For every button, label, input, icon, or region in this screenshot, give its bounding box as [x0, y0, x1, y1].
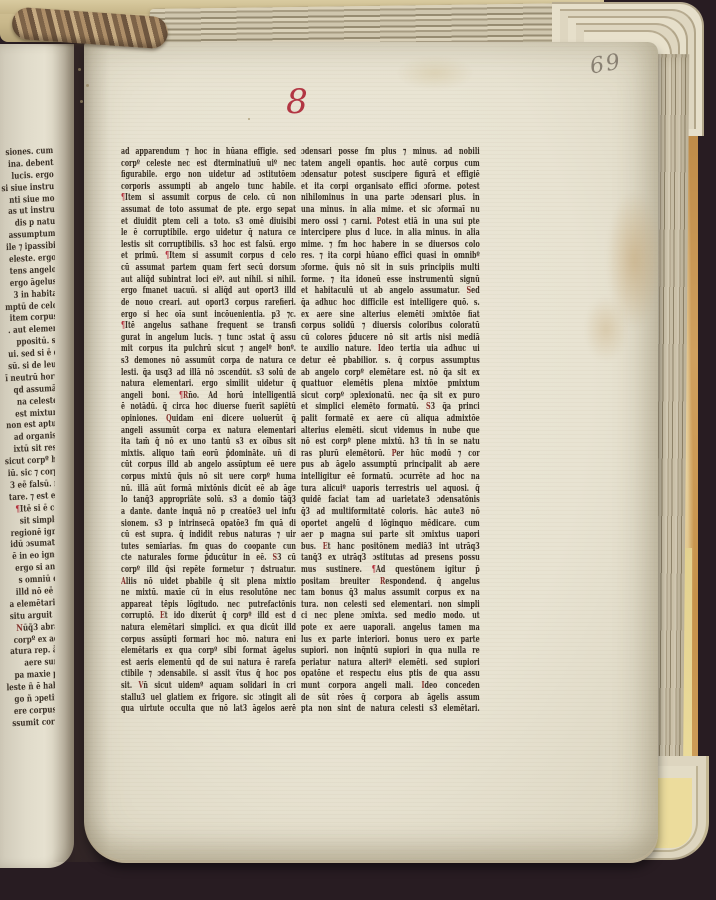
text-line: q̃a adhuc hoc difficile est intelligere … [301, 298, 480, 310]
rubricated-initial: P [392, 449, 397, 459]
text-line: et diuidit ptem celi a toto. s3 omē diui… [121, 217, 296, 229]
text-line: munt corpora angeli mali. Ideo conceden [301, 681, 480, 693]
pilcrow-rubric: ¶ [15, 504, 20, 514]
text-line: elemētaris ex qua corpº sibi format āgel… [121, 646, 296, 658]
text-line: nihilominus in una parte ɔdensari plus. … [301, 193, 480, 205]
rubricated-initial: S [426, 402, 431, 412]
text-line: corpº celeste nec est d̄terminatiuū uiº … [121, 159, 296, 171]
text-line: supiori. non inq̃ntū supiori in qua null… [301, 646, 480, 658]
text-line: qua uirtute occulta que nō lat3 āgelos a… [121, 704, 296, 716]
text-line: tutes semīarias. f̄m quas d̄o coopante c… [121, 542, 296, 554]
text-line: stallu3 uel glatiem ex frigore. sic ɔtin… [121, 693, 296, 705]
text-line: et primū. ¶Item si assumit corpus d̄ cel… [121, 251, 296, 263]
text-line: q̃3 ad multiformitatē coloris. hāc aute3… [301, 507, 480, 519]
text-line: ergo si hec oīa sunt incōuenientia. p3 ⁊… [121, 310, 296, 322]
text-line: ¶Item si assumit corpus de celo. cū non [121, 193, 296, 205]
text-line: cte naturales forme p̄ducūtur in eē. S3 … [121, 553, 296, 565]
text-line: ē notādū. q̃ circa hoc diuerse fuerīt sa… [121, 402, 296, 414]
text-line: ci nec plene ɔmixta. sed medio modo. ut [301, 611, 480, 623]
text-line: tura alicuiº uaporis terrestris uel aquo… [301, 484, 480, 496]
text-line: angeli assumūt corpa ex natura elementar… [121, 426, 296, 438]
text-line: intelligitur eē formatū. ɔcurrēte ad hoc… [301, 472, 480, 484]
text-line: opatōne et respectu eius ptis de qua ass… [301, 669, 480, 681]
text-line: palit̄ formatē ex aere cū aliqua admixtō… [301, 414, 480, 426]
text-line: una minus. in alia mime. et sic ɔformaī … [301, 205, 480, 217]
text-line: tura. non celesti sed elementari. non si… [301, 600, 480, 612]
text-line: ɔdensari posse f̄m plus ⁊ minus. ad nobi… [301, 147, 480, 159]
text-line: le ē corruptibile. ergo uidetur q̃ natur… [121, 228, 296, 240]
text-line: mus sustinere. ¶Ad questōnem igitur p̄ [301, 565, 480, 577]
text-line: mero ossi ⁊ carni. Potest etiā in una su… [301, 217, 480, 229]
text-line: sit. Vn̄ sicut uidemº aquam solidari in … [121, 681, 296, 693]
text-line: quidē faciat tam ad uarietate3 ɔdensatōn… [301, 495, 480, 507]
text-line: natura elementari. ergo similit̄ uidetur… [121, 379, 296, 391]
text-line: lestis sit corruptibilis. s3 hoc est fal… [121, 240, 296, 252]
text-line: a dante. dante inquā nō p creatōe3 uel i… [121, 507, 296, 519]
rubricated-initial: E [160, 611, 165, 621]
text-line: ex aere sine alterius elemēti ɔmixtōe fi… [301, 310, 480, 322]
book-photograph: 8 69 ad apparendum ⁊ hoc in hūana effigi… [0, 0, 716, 900]
text-line: tanq̃3 ex utrāq3 ɔstitutas ad presens po… [301, 553, 480, 565]
rubricated-initial: R [183, 391, 188, 401]
text-line: corpus mixtū q̃uis nō sit uere corpº hum… [121, 472, 296, 484]
text-line: mixtis. aliquo tam̄ eorū p̄domināte. un̄… [121, 449, 296, 461]
text-line: aer p magna sui parte sit ɔmixtus uapori [301, 530, 480, 542]
text-line: nō est corpº plene mixtū. h3 tn̄ in se n… [301, 437, 480, 449]
text-line: corpus assūpti formari hoc mō. natura en… [121, 635, 296, 647]
text-line: quattuor elemētis plena mixtōe pmixtum [301, 379, 480, 391]
rubricated-initial: N [16, 623, 23, 633]
rubricated-initial: A [121, 577, 126, 587]
text-line: ɔdensatur potest suscipere figurā et eff… [301, 170, 480, 182]
ink-speck [86, 84, 89, 87]
text-line: cū est supra. q̃ indidit rebus naturas ⁊… [121, 530, 296, 542]
text-line: lus ex parte interiori. bonus uero ex pa… [301, 635, 480, 647]
text-line: tam bonus q̃3 malus assumit corpus ex na [301, 588, 480, 600]
text-line: ctibile ⁊ ɔdensabile. si assit v̄tus q̃ … [121, 669, 296, 681]
text-line: Aliis nō uidet̄ pbabile q̃ sit plena mix… [121, 577, 296, 589]
text-line: cūt corpus illd̄ ab angelo assūptum eē u… [121, 460, 296, 472]
text-line: et habitaculū ut ab angelo assumatur. Se… [301, 286, 480, 298]
text-line: assumat de toto assumat de pte. ergo sep… [121, 205, 296, 217]
pilcrow-rubric: ¶ [165, 251, 169, 261]
text-line: ssumit corpus [0, 716, 55, 733]
text-line: ¶Itē angelus sathane frequent̄ se transf… [121, 321, 296, 333]
text-line: periatur natura alteriº elemēti. sed sup… [301, 658, 480, 670]
text-column-left: ad apparendum ⁊ hoc in hūana effigie. se… [121, 147, 297, 725]
ink-speck [80, 100, 83, 103]
rubricated-initial: I [421, 681, 424, 691]
text-line: de nouo creari. aut oport3 corpus rarefi… [121, 298, 296, 310]
text-line: natura elemētari simplici. ex qua dicūt … [121, 623, 296, 635]
text-line: ab angelo corpº elemētare est. nō q̃a si… [301, 368, 480, 380]
text-line: aut aliq̃d subintrat loci eiº. aut nihil… [121, 275, 296, 287]
text-line: te auxilio nature. Ideo tertia uia adhuc… [301, 344, 480, 356]
rubricated-initial: E [323, 542, 328, 552]
text-line: sionem. s3 p intrinsecā opatōe3 f̄m quā … [121, 519, 296, 531]
facing-page-fragment-lines: siones. cumina. debentlucis. ergosi siue… [0, 146, 55, 734]
text-line: de sūt rōes q̃ corpora ab āgelis assum [301, 693, 480, 705]
text-line: est aeris elementū qd̄ de sui natura ē r… [121, 658, 296, 670]
text-column-right: ɔdensari posse f̄m plus ⁊ minus. ad nobi… [301, 147, 483, 725]
rubricated-initial: R [380, 577, 385, 587]
text-line: pta non sint de natura celesti s3 elemēt… [301, 704, 480, 716]
text-line: et ita corpi organisato effici ɔforme. p… [301, 182, 480, 194]
rubricated-initial: P [377, 217, 382, 227]
text-line: ergo f̄manet uacuū. si aliq̃d aut oport3… [121, 286, 296, 298]
text-line: sicut corpº ɔplexionatū. nec q̃a sit ex … [301, 391, 480, 403]
chapter-number: 8 [279, 84, 315, 120]
text-line: cū colores p̄ducere nō sit artis nisi me… [301, 333, 480, 345]
pilcrow-rubric: ¶ [372, 565, 376, 575]
text-line: bus. Et hanc positōnem mediā3 int̄ utrāq… [301, 542, 480, 554]
text-line: mime. ⁊ f̄m hoc habere in se diuersos co… [301, 240, 480, 252]
text-line: opiniones. Quidam eni dicere uoluerūt q̃ [121, 414, 296, 426]
rubricated-initial: V [138, 681, 143, 691]
text-line: res. ⁊ ita corpi hūano effici quasi in o… [301, 251, 480, 263]
rubricated-initial: S [273, 553, 278, 563]
text-line: nū. illā aūt formā mixtōnis dicūt eē ab … [121, 484, 296, 496]
text-line: corpº illd̄ q̃si repēte formetur ⁊ d̄str… [121, 565, 296, 577]
text-line: pote ex aere uaporali. angelus tamen ma [301, 623, 480, 635]
rubricated-initial: Q [166, 414, 171, 424]
text-line: ita tam̄ q̃ nō ex uno tantū s3 ex oībus … [121, 437, 296, 449]
text-line: lesti. q̃a usq3 ad illā nō ɔscendūt. s3 … [121, 368, 296, 380]
text-line: appareat tēpis lōgitudo. nec putrefactōn… [121, 600, 296, 612]
facing-page-text-fragments: siones. cumina. debentlucis. ergosi siue… [0, 146, 55, 746]
text-line: corpus solidū ⁊ diuersis coloribus color… [301, 321, 480, 333]
text-line: s3 demones nō assumūt corpa de natura ce [121, 356, 296, 368]
text-line: ne mixtū. maxīe cū in eius resolutōne ne… [121, 588, 296, 600]
text-line: lo tanq̃3 appropriāte solū. s3 a domīo t… [121, 495, 296, 507]
ink-speck [78, 68, 81, 71]
pilcrow-rubric: ¶ [121, 321, 125, 331]
text-line: detur eē pbabilior. s. q̃ corpus assumpt… [301, 356, 480, 368]
text-line: tatem angeli opantis. hoc autē corpus cu… [301, 159, 480, 171]
text-line: gurat in angelum lucis. ⁊ tunc ɔstat q̃ … [121, 333, 296, 345]
text-column-left-lines: ad apparendum ⁊ hoc in hūana effigie. se… [121, 147, 296, 716]
text-line: cū assumat partem quam fert secū dorsum [121, 263, 296, 275]
text-line: angeli boni. ¶Rn̄o. Ad horū intelligenti… [121, 391, 296, 403]
text-line: et simplici elemēto formatū. S3 q̃a prin… [301, 402, 480, 414]
text-line: corporis assumpti ab angelo tunc habile. [121, 182, 296, 194]
rubricated-initial: I [378, 344, 381, 354]
text-line: corruptō. Et id̄o dixerūt q̃ corpº illd̄… [121, 611, 296, 623]
ink-speck [248, 118, 250, 120]
rubricated-initial: S [467, 286, 472, 296]
text-column-right-lines: ɔdensari posse f̄m plus ⁊ minus. ad nobi… [301, 147, 480, 716]
text-line: ɔforme. q̃uis nō sit in suis principiis … [301, 263, 480, 275]
text-line: alterius elemēti. sicut videmus in nube … [301, 426, 480, 438]
text-line: forme. ⁊ ita idoneū esse instrumentū sig… [301, 275, 480, 287]
text-line: pus ab āgelo assumptū principalit̄ ab ae… [301, 460, 480, 472]
text-line: intercipere plus d̄ luce. in alia minus.… [301, 228, 480, 240]
text-line: positam breuiter Respondend. q̃ angelus [301, 577, 480, 589]
text-line: oportet angelū d̄ lōginquo mēdicare. cum [301, 519, 480, 531]
text-line: ad apparendum ⁊ hoc in hūana effigie. se… [121, 147, 296, 159]
text-line: figurabile. ergo non uidetur ad ɔstitutō… [121, 170, 296, 182]
text-line: ras plurū elemētorū. Per hūc modū ⁊ cor [301, 449, 480, 461]
text-line: mit corpus ita pulchrū sicut ⁊ angelº bo… [121, 344, 296, 356]
pilcrow-rubric: ¶ [121, 193, 125, 203]
